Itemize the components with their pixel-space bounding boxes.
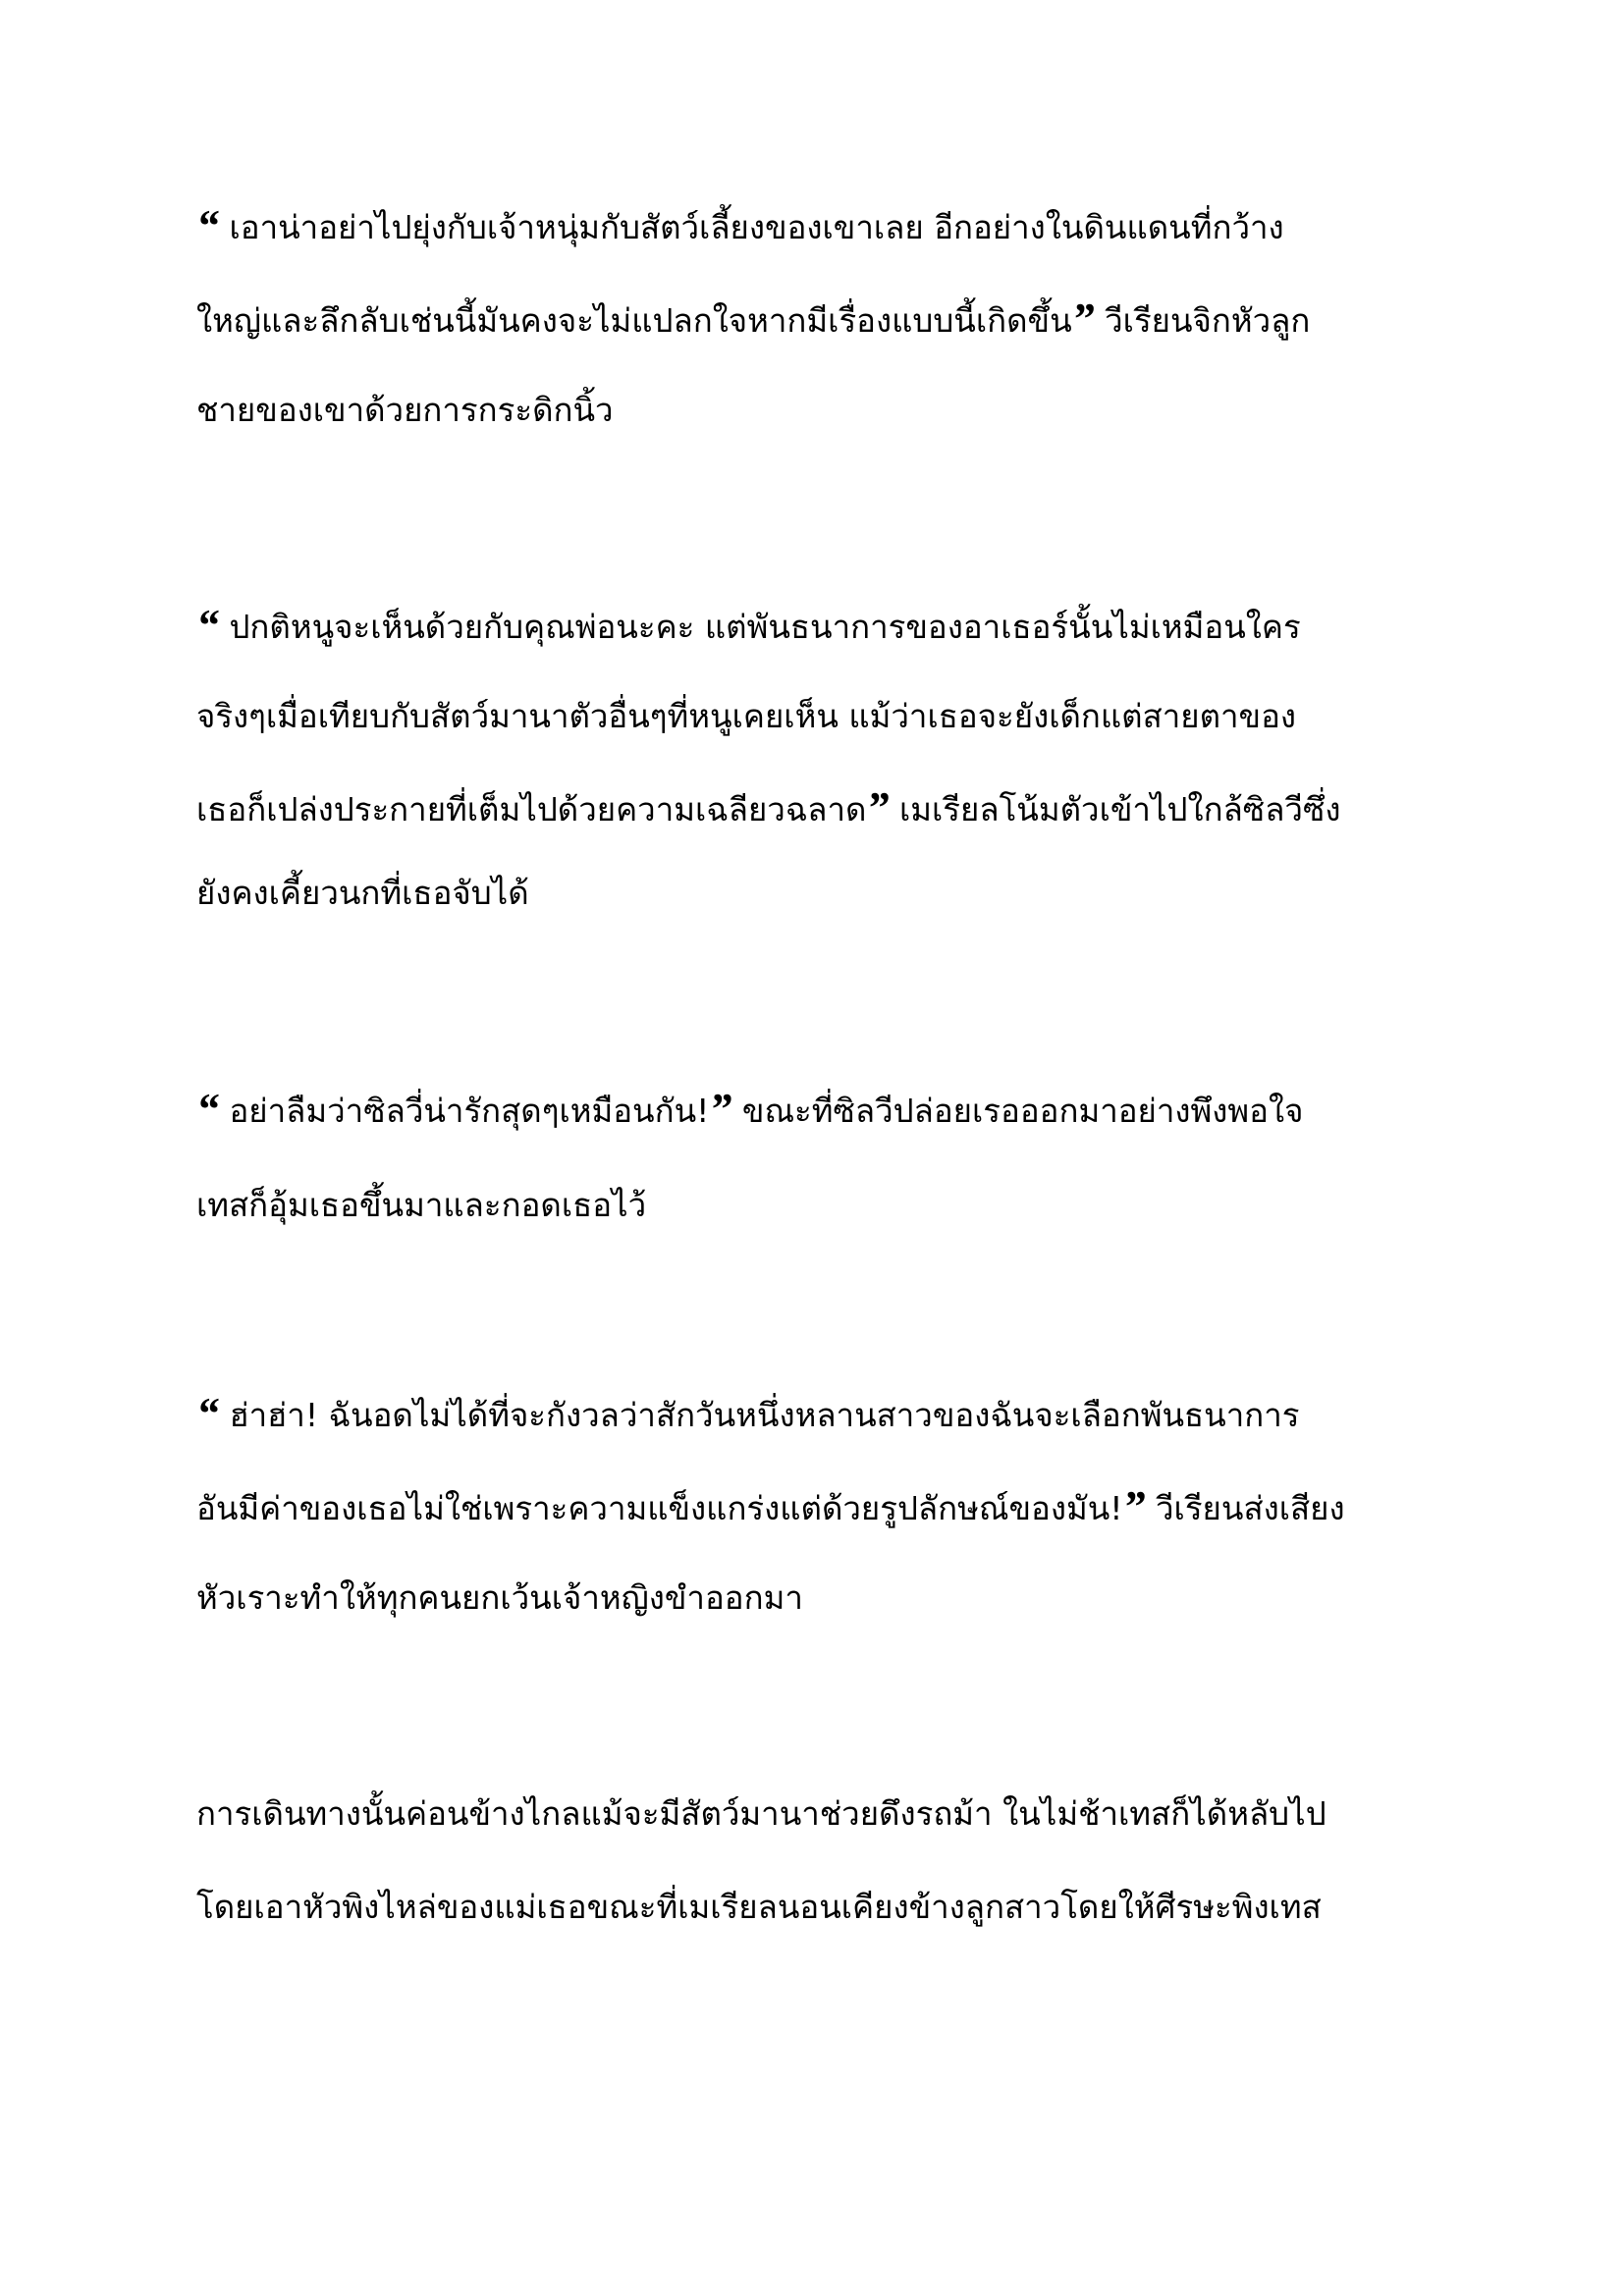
paragraph-2-line-4: ยังคงเคี้ยวนกที่เธอจับได้ <box>196 864 1434 923</box>
paragraph-4-line-3: หัวเราะทำให้ทุกคนยกเว้นเจ้าหญิงขำออกมา <box>196 1569 1434 1628</box>
paragraph-1-line-3: ชายของเขาด้วยการกระดิกนิ้ว <box>196 381 1434 440</box>
line-text-after: ขณะที่ซิลวีปล่อยเรอออกมาอย่างพึงพอใจ <box>731 1092 1303 1130</box>
paragraph-3-line-1: “ อย่าลืมว่าซิลวี่น่ารักสุดๆเหมือนกัน!” … <box>196 1080 1434 1141</box>
line-text: จริงๆเมื่อเทียบกับสัตว์มานาตัวอื่นๆที่หน… <box>196 697 1296 735</box>
paragraph-4-line-1: “ ฮ่าฮ่า! ฉันอดไม่ได้ที่จะกังวลว่าสักวัน… <box>196 1384 1434 1445</box>
document-page: “ เอาน่าอย่าไปยุ่งกับเจ้าหนุ่มกับสัตว์เล… <box>0 0 1624 2296</box>
open-quote: “ <box>196 200 219 250</box>
paragraph-5-line-2: โดยเอาหัวพิงไหล่ของแม่เธอขณะที่เมเรียลนอ… <box>196 1878 1434 1937</box>
paragraph-3-line-2: เทสก็อุ้มเธอขึ้นมาและกอดเธอไว้ <box>196 1176 1434 1235</box>
line-text: หัวเราะทำให้ทุกคนยกเว้นเจ้าหญิงขำออกมา <box>196 1578 803 1617</box>
close-quote: ” <box>1123 1481 1146 1531</box>
paragraph-5-line-1: การเดินทางนั้นค่อนข้างไกลแม้จะมีสัตว์มาน… <box>196 1785 1434 1843</box>
paragraph-1-line-2: ใหญ่และลึกลับเช่นนี้มันคงจะไม่แปลกใจหากม… <box>196 290 1434 350</box>
line-text: อย่าลืมว่าซิลวี่น่ารักสุดๆเหมือนกัน! <box>219 1092 709 1130</box>
line-text-after: เมเรียลโน้มตัวเข้าไปใกล้ซิลวีซึ่ง <box>889 790 1340 828</box>
line-text: เทสก็อุ้มเธอขึ้นมาและกอดเธอไว้ <box>196 1186 646 1224</box>
paragraph-2-line-3: เธอก็เปล่งประกายที่เต็มไปด้วยความเฉลียวฉ… <box>196 778 1434 839</box>
close-quote: ” <box>709 1084 731 1134</box>
line-text: ใหญ่และลึกลับเช่นนี้มันคงจะไม่แปลกใจหากม… <box>196 301 1072 340</box>
line-text: ปกติหนูจะเห็นด้วยกับคุณพ่อนะคะ แต่พันธนา… <box>219 608 1301 646</box>
line-text: เอาน่าอย่าไปยุ่งกับเจ้าหนุ่มกับสัตว์เลี้… <box>219 208 1284 246</box>
paragraph-2-line-1: “ ปกติหนูจะเห็นด้วยกับคุณพ่อนะคะ แต่พันธ… <box>196 596 1434 657</box>
line-text: โดยเอาหัวพิงไหล่ของแม่เธอขณะที่เมเรียลนอ… <box>196 1888 1322 1926</box>
line-text-after: วีเรียนจิกหัวลูก <box>1095 301 1311 340</box>
paragraph-2-line-2: จริงๆเมื่อเทียบกับสัตว์มานาตัวอื่นๆที่หน… <box>196 687 1434 746</box>
line-text: การเดินทางนั้นค่อนข้างไกลแม้จะมีสัตว์มาน… <box>196 1794 1326 1833</box>
close-quote: ” <box>1072 294 1095 344</box>
open-quote: “ <box>196 1388 219 1438</box>
line-text: ชายของเขาด้วยการกระดิกนิ้ว <box>196 391 614 429</box>
close-quote: ” <box>866 782 889 832</box>
paragraph-4-line-2: อันมีค่าของเธอไม่ใช่เพราะความแข็งแกร่งแต… <box>196 1477 1434 1538</box>
line-text-after: วีเรียนส่งเสียง <box>1146 1489 1345 1527</box>
paragraph-1-line-1: “ เอาน่าอย่าไปยุ่งกับเจ้าหนุ่มกับสัตว์เล… <box>196 196 1434 257</box>
line-text: เธอก็เปล่งประกายที่เต็มไปด้วยความเฉลียวฉ… <box>196 790 866 828</box>
line-text: ยังคงเคี้ยวนกที่เธอจับได้ <box>196 874 529 912</box>
line-text: ฮ่าฮ่า! ฉันอดไม่ได้ที่จะกังวลว่าสักวันหน… <box>219 1396 1300 1434</box>
open-quote: “ <box>196 1084 219 1134</box>
open-quote: “ <box>196 600 219 650</box>
line-text: อันมีค่าของเธอไม่ใช่เพราะความแข็งแกร่งแต… <box>196 1489 1123 1527</box>
